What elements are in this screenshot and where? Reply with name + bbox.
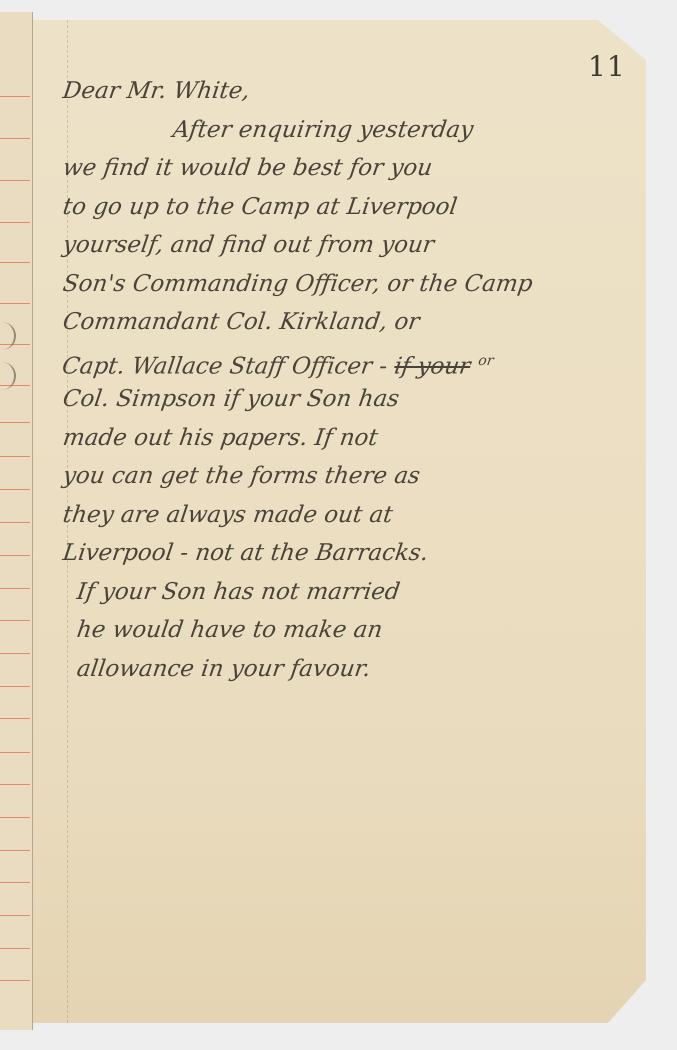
letter-line: Son's Commanding Officer, or the Camp [60,265,645,304]
ruled-line [0,915,30,916]
ruled-line [0,850,30,851]
letter-line: he would have to make an [60,611,645,650]
letter-line: we find it would be best for you [60,149,645,188]
letter-line: yourself, and find out from your [60,226,645,265]
ruled-line [0,686,30,687]
ruled-line [0,588,30,589]
letter-line: made out his papers. If not [60,419,645,458]
letter-body: Dear Mr. White, After enquiring yesterda… [63,72,643,688]
ruled-line [0,138,30,139]
ruled-line [0,718,30,719]
ruled-line [0,262,30,263]
ruled-line [0,555,30,556]
ruled-line [0,456,30,457]
letter-line: allowance in your favour. [60,650,645,689]
ruled-line [0,882,30,883]
ruled-line [0,752,30,753]
ruled-line [0,96,30,97]
struck-text: if your [393,353,472,379]
ruled-line [0,653,30,654]
letter-line-text: Capt. Wallace Staff Officer - [60,353,389,379]
letter-line: to go up to the Camp at Liverpool [60,188,645,227]
ruled-line [0,522,30,523]
letter-line: If your Son has not married [60,573,645,612]
ruled-line [0,303,30,304]
letter-line: Commandant Col. Kirkland, or [60,303,645,342]
ruled-line [0,948,30,949]
bleed-through-ink-mark [0,322,16,350]
ruled-line [0,489,30,490]
ruled-line [0,422,30,423]
ruled-line [0,180,30,181]
ruled-line [0,222,30,223]
letter-page: 11 Dear Mr. White, After enquiring yeste… [33,20,646,1023]
letter-line: Liverpool - not at the Barracks. [60,534,645,573]
ruled-line [0,620,30,621]
adjacent-ruled-page [0,12,33,1030]
letter-line: you can get the forms there as [60,457,645,496]
ruled-line [0,784,30,785]
salutation: Dear Mr. White, [60,72,645,111]
letter-line: Col. Simpson if your Son has [60,380,645,419]
ruled-line [0,817,30,818]
inserted-text: or [477,353,494,369]
letter-line: Capt. Wallace Staff Officer - if your or [60,342,645,381]
letter-line: After enquiring yesterday [60,111,645,150]
ruled-line [0,980,30,981]
letter-line: they are always made out at [60,496,645,535]
